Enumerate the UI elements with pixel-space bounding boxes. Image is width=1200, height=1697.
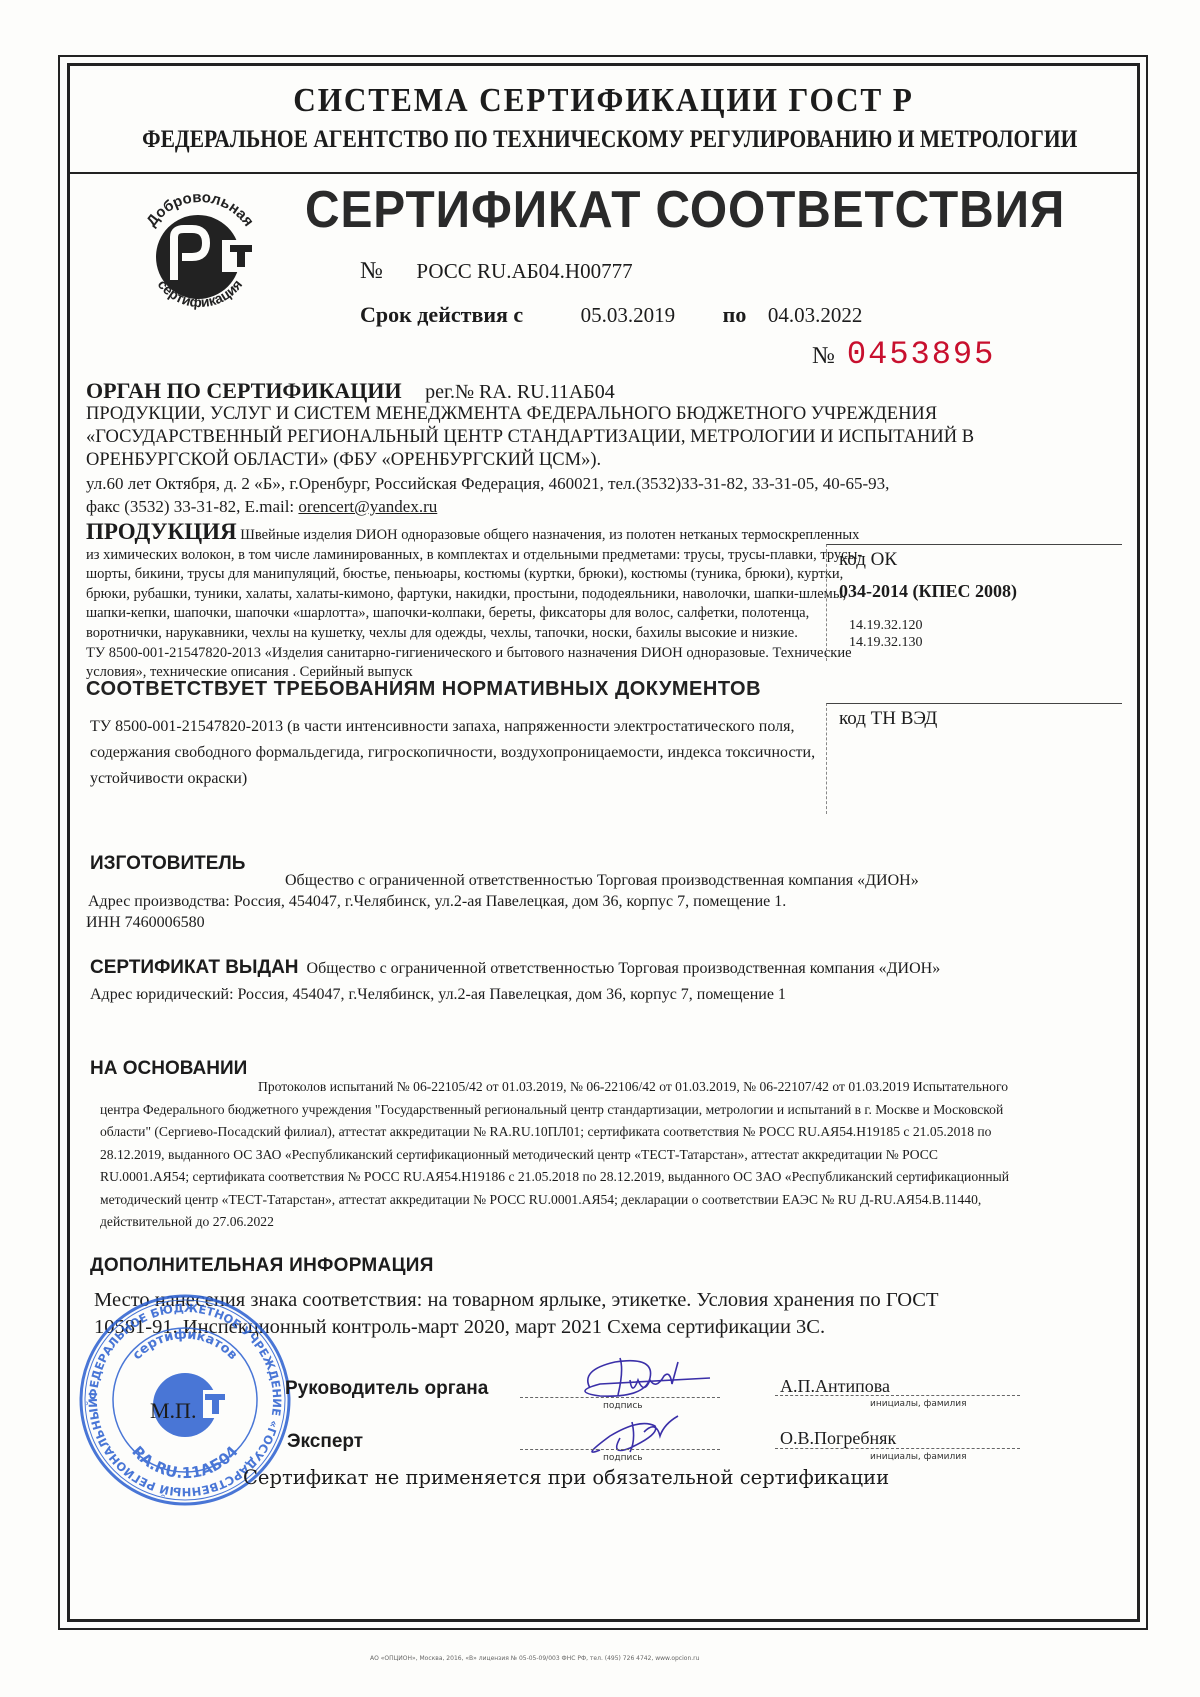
issued-to-name: Общество с ограниченной ответственностью…: [307, 960, 941, 977]
stamp-inner-text: сертификатов: [130, 1327, 240, 1363]
issued-to-heading: СЕРТИФИКАТ ВЫДАН: [90, 957, 299, 978]
valid-to: 04.03.2022: [768, 303, 863, 327]
certification-body-section: ОРГАН ПО СЕРТИФИКАЦИИ рег.№ RA. RU.11АБ0…: [86, 380, 1106, 518]
ok-code-item: 14.19.32.130: [849, 634, 923, 651]
head-name-caption: инициалы, фамилия: [870, 1399, 967, 1409]
product-description: Швейные изделия DИОН одноразовые общего …: [86, 527, 862, 641]
expert-name: О.В.Погребняк: [780, 1428, 896, 1449]
manufacturer-name: Общество с ограниченной ответственностью…: [285, 872, 919, 890]
svg-text:сертификатов: сертификатов: [130, 1327, 240, 1363]
registration-number-value: РОСС RU.АБ04.Н00777: [416, 259, 632, 283]
manufacturer-heading: ИЗГОТОВИТЕЛЬ: [90, 853, 245, 875]
additional-info-heading: ДОПОЛНИТЕЛЬНАЯ ИНФОРМАЦИЯ: [90, 1255, 434, 1277]
tn-ved-box: код ТН ВЭД: [826, 703, 1122, 814]
head-signature-line: [520, 1397, 720, 1398]
serial-number: № 0453895: [812, 336, 995, 373]
expert-signature-caption: подпись: [603, 1453, 643, 1463]
tn-ved-label: код ТН ВЭД: [839, 708, 937, 730]
rst-logo-icon: Добровольная сертификация: [130, 185, 270, 325]
expert-name-caption: инициалы, фамилия: [870, 1452, 967, 1462]
agency-name: ФЕДЕРАЛЬНОЕ АГЕНТСТВО ПО ТЕХНИЧЕСКОМУ РЕ…: [142, 126, 1065, 154]
ok-code-list: 14.19.32.120 14.19.32.130: [849, 617, 923, 651]
expert-role-label: Эксперт: [287, 1431, 363, 1453]
validity-label: Срок действия с: [360, 302, 523, 327]
product-heading: ПРОДУКЦИЯ: [86, 519, 237, 544]
product-spec: ТУ 8500-001-21547820-2013 «Изделия санит…: [86, 644, 876, 683]
certification-body-email[interactable]: orencert@yandex.ru: [298, 497, 437, 516]
basis-text: Протоколов испытаний № 06-22105/42 от 01…: [100, 1076, 1020, 1234]
certificate-title: СЕРТИФИКАТ СООТВЕТСТВИЯ: [305, 180, 1065, 240]
certification-body-fax: факс (3532) 33-31-82, E.mail:: [86, 497, 298, 516]
expert-signature-line: [520, 1449, 720, 1450]
ok-code-box: код ОК 034-2014 (КПЕС 2008) 14.19.32.120…: [826, 544, 1122, 661]
head-name: А.П.Антипова: [780, 1376, 890, 1397]
head-signature-caption: подпись: [603, 1401, 643, 1411]
valid-to-label: по: [723, 302, 747, 327]
certification-body-heading: ОРГАН ПО СЕРТИФИКАЦИИ: [86, 378, 402, 403]
system-title: СИСТЕМА СЕРТИФИКАЦИИ ГОСТ Р: [110, 82, 1097, 120]
head-role-label: Руководитель органа: [285, 1378, 488, 1400]
serial-number-sign: №: [812, 343, 835, 369]
number-sign: №: [360, 258, 383, 284]
certification-body-address: ул.60 лет Октября, д. 2 «Б», г.Оренбург,…: [86, 472, 1106, 495]
printer-imprint: АО «ОПЦИОН», Москва, 2016, «В» лицензия …: [370, 1655, 699, 1662]
ok-code-classifier: 034-2014 (КПЕС 2008): [839, 581, 1017, 602]
header-divider: [67, 172, 1140, 174]
ok-code-label: код ОК: [839, 549, 897, 571]
manufacturer-address: Адрес производства: Россия, 454047, г.Че…: [88, 893, 786, 911]
serial-number-value: 0453895: [847, 336, 995, 373]
validity-period: Срок действия с 05.03.2019 по 04.03.2022: [360, 302, 862, 328]
issued-to-section: СЕРТИФИКАТ ВЫДАНОбщество с ограниченной …: [90, 955, 990, 1008]
conformity-text: ТУ 8500-001-21547820-2013 (в части интен…: [90, 714, 850, 792]
valid-from: 05.03.2019: [581, 303, 676, 327]
certification-body-reg: рег.№ RA. RU.11АБ04: [425, 381, 615, 403]
voluntary-notice: Сертификат не применяется при обязательн…: [243, 1466, 889, 1489]
certification-body-name: ПРОДУКЦИИ, УСЛУГ И СИСТЕМ МЕНЕДЖМЕНТА ФЕ…: [86, 403, 1016, 472]
product-section: ПРОДУКЦИЯ Швейные изделия DИОН одноразов…: [86, 522, 876, 683]
conformity-heading: СООТВЕТСТВУЕТ ТРЕБОВАНИЯМ НОРМАТИВНЫХ ДО…: [86, 678, 761, 701]
ok-code-item: 14.19.32.120: [849, 617, 923, 634]
issued-to-address: Адрес юридический: Россия, 454047, г.Чел…: [90, 982, 990, 1008]
manufacturer-inn: ИНН 7460006580: [86, 914, 205, 932]
registration-number: № РОСС RU.АБ04.Н00777: [360, 258, 633, 285]
seal-place-label: М.П.: [150, 1398, 196, 1424]
